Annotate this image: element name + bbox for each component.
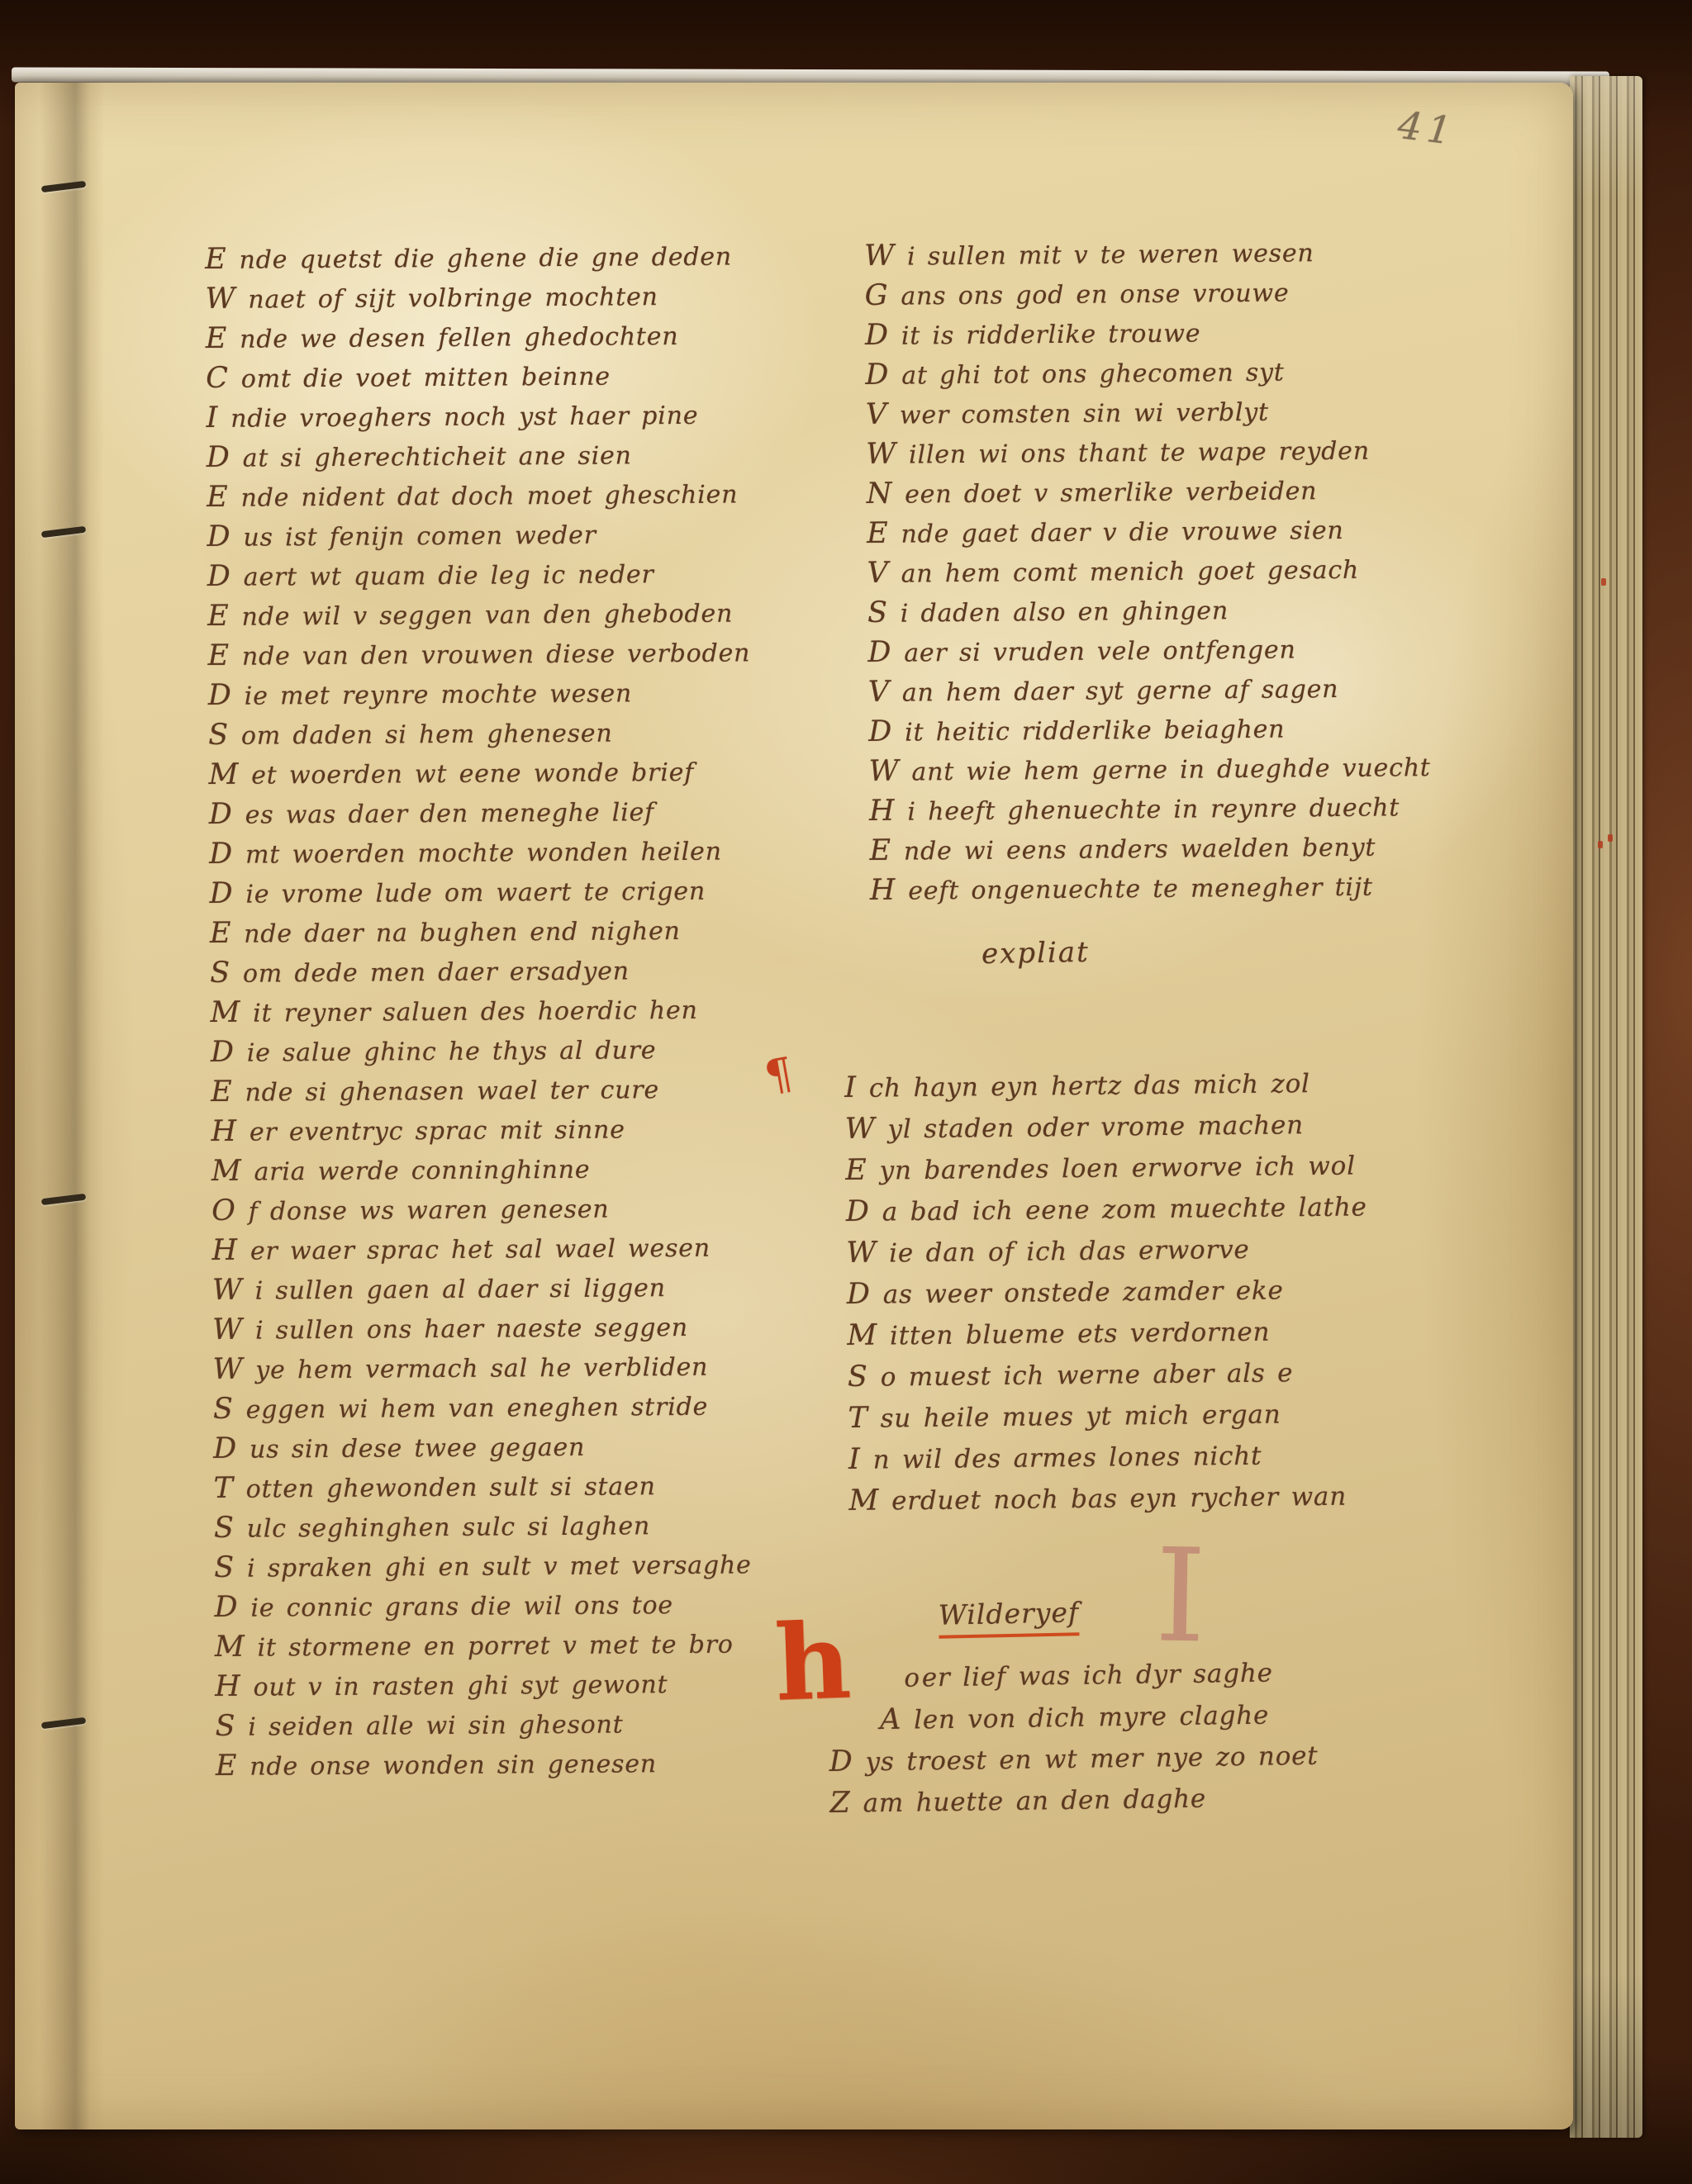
manuscript-line: Comt die voet mitten beinne bbox=[206, 354, 749, 398]
manuscript-line: Ende we desen fellen ghedochten bbox=[206, 315, 749, 358]
manuscript-line: Maria werde conninghinne bbox=[211, 1147, 754, 1191]
manuscript-line: Des was daer den meneghe lief bbox=[209, 791, 752, 834]
red-speck bbox=[1598, 841, 1603, 848]
manuscript-line: Neen doet v smerlike verbeiden bbox=[867, 469, 1428, 514]
manuscript-line: Wnaet of sijt volbringe mochten bbox=[205, 275, 748, 319]
manuscript-line: Mitten blueme ets verdornen bbox=[847, 1309, 1368, 1356]
manuscript-line: Van hem comt menich goet gesach bbox=[867, 548, 1428, 593]
manuscript-line: Willen wi ons thant te wape reyden bbox=[866, 430, 1428, 474]
manuscript-line: Seggen wi hem van eneghen stride bbox=[213, 1385, 756, 1429]
manuscript-line: Ende onse wonden sin genesen bbox=[216, 1742, 758, 1786]
manuscript-line: So muest ich werne aber als e bbox=[848, 1351, 1369, 1398]
manuscript-line: Dmt woerden mochte wonden heilen bbox=[209, 830, 752, 874]
right-text-column-upper: Wi sullen mit v te weren wesenGans ons g… bbox=[864, 231, 1432, 910]
manuscript-line: Dys troest en wt mer nye zo noet bbox=[829, 1735, 1318, 1783]
manuscript-line: Hi heeft ghenuechte in reynre duecht bbox=[869, 786, 1431, 831]
manuscript-line: Ende wil v seggen van den gheboden bbox=[207, 592, 750, 636]
manuscript-line: Da bad ich eene zom muechte lathe bbox=[846, 1185, 1367, 1232]
manuscript-line: Som daden si hem ghenesen bbox=[208, 711, 751, 755]
manuscript-line: Merduet noch bas eyn rycher wan bbox=[848, 1474, 1370, 1522]
manuscript-line: Hout v in rasten ghi syt gewont bbox=[215, 1663, 758, 1707]
manuscript-line: Daer si vruden vele ontfengen bbox=[867, 628, 1429, 672]
manuscript-line: Zam huette an den daghe bbox=[829, 1776, 1319, 1824]
manuscript-line: Dat ghi tot ons ghecomen syt bbox=[865, 350, 1427, 395]
manuscript-line: In wil des armes lones nicht bbox=[848, 1433, 1370, 1480]
manuscript-line: Ende quetst die ghene die gne deden bbox=[205, 235, 748, 279]
manuscript-line: Ende van den vrouwen diese verboden bbox=[207, 632, 750, 676]
manuscript-line: Wi sullen gaen al daer si liggen bbox=[212, 1266, 755, 1310]
manuscript-line: Ende daer na bughen end nighen bbox=[210, 909, 753, 953]
manuscript-line: Want wie hem gerne in dueghde vuecht bbox=[868, 747, 1430, 791]
manuscript-line: Of donse ws waren genesen bbox=[211, 1187, 754, 1231]
manuscript-line: Her eventryc sprac mit sinne bbox=[211, 1108, 753, 1151]
manuscript-line: Dat si gherechticheit ane sien bbox=[207, 434, 749, 477]
right-text-column-bottom: oer lief was ich dyr sagheAlen von dich … bbox=[828, 1652, 1319, 1824]
manuscript-line: Ende gaet daer v die vrouwe sien bbox=[867, 509, 1428, 553]
manuscript-line: Gans ons god en onse vrouwe bbox=[864, 271, 1426, 316]
gutter-crease bbox=[40, 83, 104, 2129]
manuscript-line: Vwer comsten sin wi verblyt bbox=[866, 390, 1428, 434]
right-text-column-german: Ich hayn eyn hertz das mich zolWyl stade… bbox=[844, 1061, 1371, 1522]
large-faded-initial: I bbox=[1154, 1529, 1207, 1662]
manuscript-line: Dus ist fenijn comen weder bbox=[207, 513, 749, 557]
manuscript-line: Dus sin dese twee gegaen bbox=[213, 1425, 756, 1469]
manuscript-line: Si seiden alle wi sin ghesont bbox=[215, 1702, 758, 1746]
manuscript-line: Dit is ridderlike trouwe bbox=[865, 311, 1427, 355]
manuscript-line: Van hem daer syt gerne af sagen bbox=[868, 667, 1430, 712]
manuscript-line: Die vrome lude om waert te crigen bbox=[209, 870, 752, 914]
manuscript-line: Wi sullen mit v te weren wesen bbox=[864, 231, 1426, 276]
manuscript-line: Dit heitic ridderlike beiaghen bbox=[868, 707, 1430, 752]
manuscript-line: Si daden also en ghingen bbox=[867, 588, 1429, 633]
explicit-label: expliat bbox=[981, 936, 1090, 971]
manuscript-line: Wi sullen ons haer naeste seggen bbox=[212, 1306, 755, 1350]
fore-edge-page-stack bbox=[1570, 76, 1642, 2138]
section-heading: Wilderyef bbox=[939, 1596, 1080, 1639]
manuscript-line: Ende wi eens anders waelden benyt bbox=[869, 826, 1431, 871]
left-text-column: Ende quetst die ghene die gne dedenWnaet… bbox=[205, 235, 758, 1786]
manuscript-photo: 41 Ende quetst die ghene die gne dedenWn… bbox=[0, 0, 1692, 2184]
manuscript-line: Eyn barendes loen erworve ich wol bbox=[845, 1144, 1366, 1191]
manuscript-line: Tsu heile mues yt mich ergan bbox=[848, 1392, 1369, 1439]
manuscript-line: Die connic grans die wil ons toe bbox=[214, 1583, 757, 1627]
manuscript-line: Sulc seghinghen sulc si laghen bbox=[214, 1504, 757, 1548]
manuscript-line: Totten ghewonden sult si staen bbox=[213, 1465, 756, 1508]
manuscript-line: oer lief was ich dyr saghe bbox=[904, 1652, 1317, 1699]
manuscript-line: Alen von dich myre claghe bbox=[880, 1693, 1318, 1740]
manuscript-line: Indie vroeghers noch yst haer pine bbox=[206, 394, 749, 438]
manuscript-line: Mit stormene en porret v met te bro bbox=[215, 1623, 758, 1667]
manuscript-line: Heeft ongenuechte te menegher tijt bbox=[870, 866, 1432, 910]
manuscript-line: Die met reynre mochte wesen bbox=[208, 672, 751, 715]
manuscript-line: Die salue ghinc he thys al dure bbox=[211, 1028, 753, 1072]
manuscript-line: Daert wt quam die leg ic neder bbox=[207, 553, 750, 596]
manuscript-line: Ende nident dat doch moet gheschien bbox=[207, 473, 749, 517]
manuscript-line: Si spraken ghi en sult v met versaghe bbox=[214, 1544, 757, 1588]
manuscript-line: Met woerden wt eene wonde brief bbox=[208, 751, 751, 795]
manuscript-line: Ich hayn eyn hertz das mich zol bbox=[844, 1061, 1366, 1109]
manuscript-line: Wye hem vermach sal he verbliden bbox=[212, 1346, 755, 1389]
red-speck bbox=[1601, 578, 1606, 586]
folio-number: 41 bbox=[1395, 102, 1459, 154]
manuscript-line: Wie dan of ich das erworve bbox=[846, 1227, 1367, 1274]
manuscript-line: Som dede men daer ersadyen bbox=[210, 949, 753, 993]
manuscript-line: Wyl staden oder vrome machen bbox=[845, 1103, 1366, 1150]
manuscript-line: Ende si ghenasen wael ter cure bbox=[211, 1068, 753, 1112]
manuscript-line: Mit reyner saluen des hoerdic hen bbox=[210, 989, 753, 1033]
red-speck bbox=[1608, 834, 1613, 842]
manuscript-line: Her waer sprac het sal wael wesen bbox=[211, 1227, 754, 1270]
manuscript-line: Das weer onstede zamder eke bbox=[847, 1268, 1368, 1315]
